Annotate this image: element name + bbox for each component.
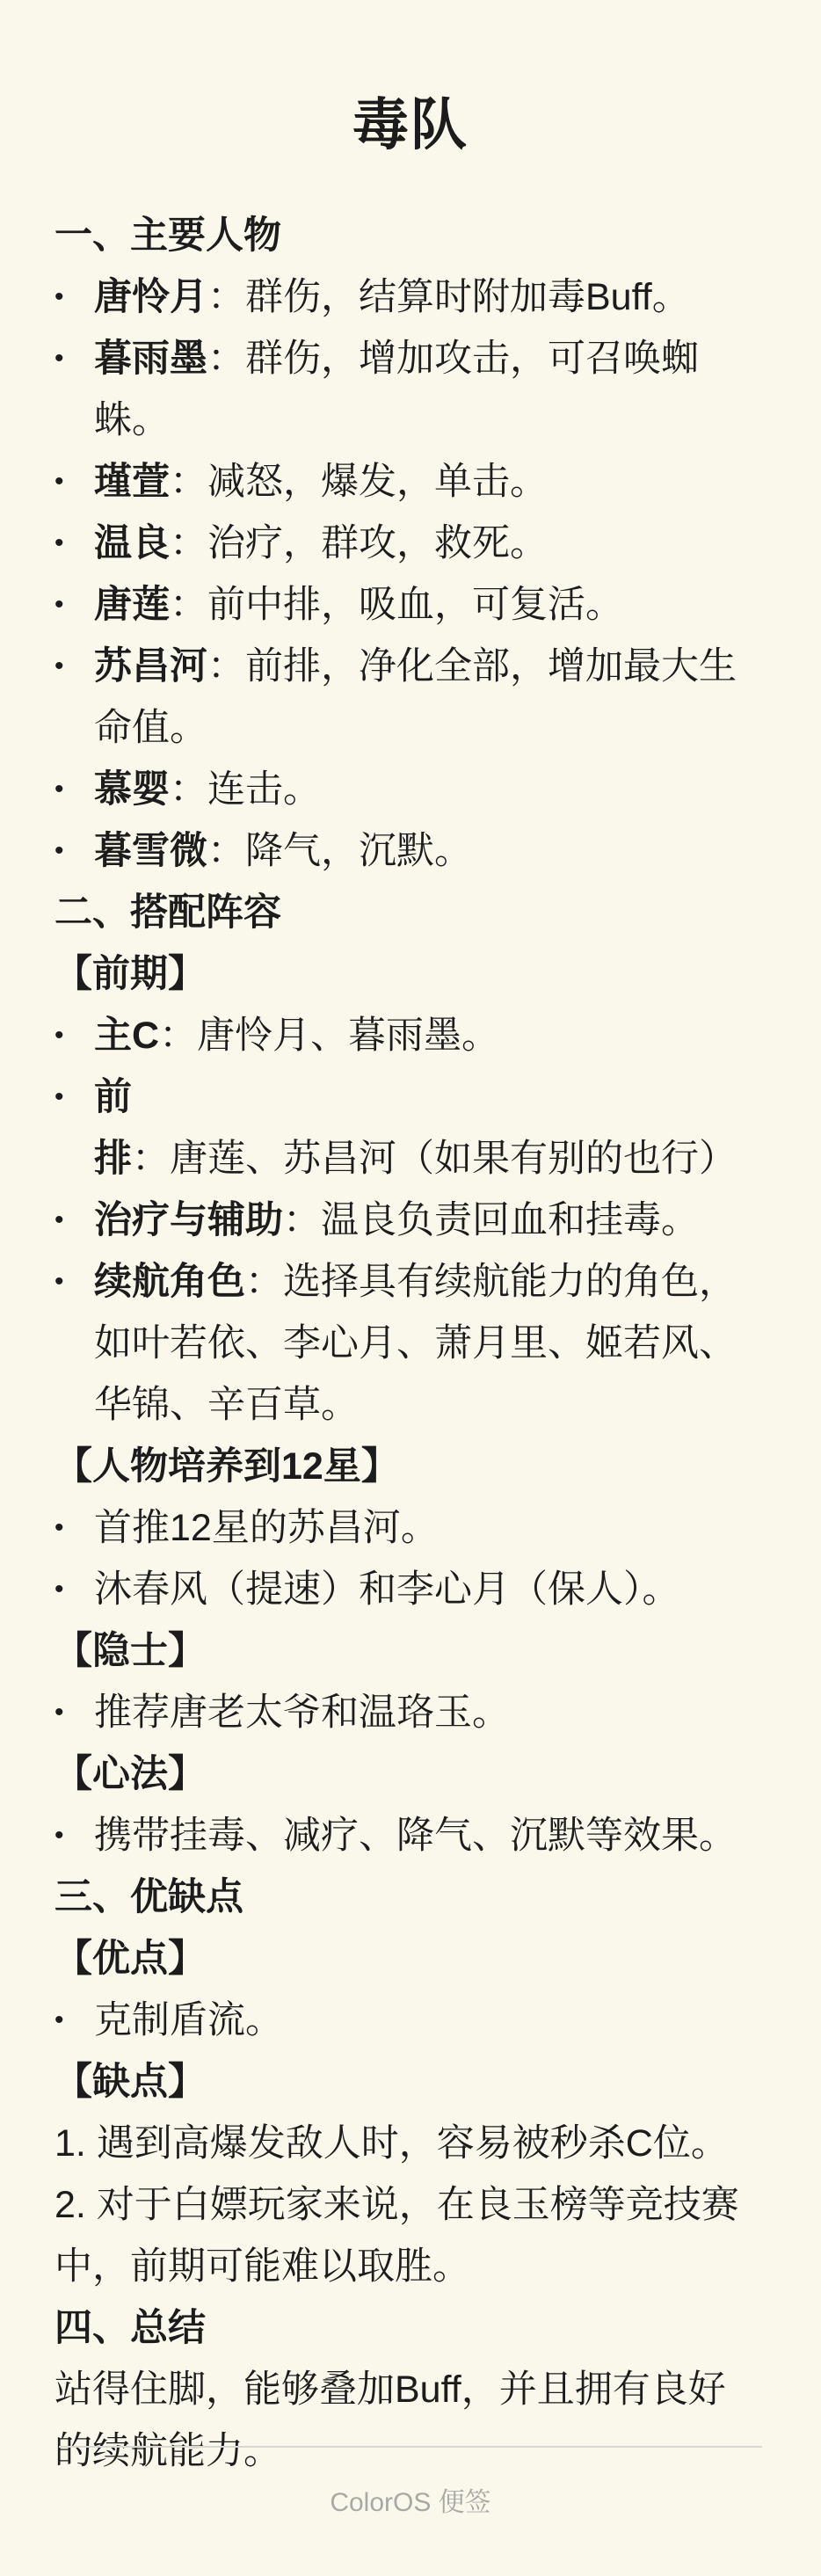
bullet-text: 温良：治疗，群攻，救死。 bbox=[94, 513, 758, 574]
bullet-icon: • bbox=[54, 636, 94, 697]
bullet-item: •推荐唐老太爷和温珞玉。 bbox=[54, 1682, 758, 1743]
section-heading: 四、总结 bbox=[54, 2297, 758, 2359]
bullet-icon: • bbox=[54, 1066, 94, 1128]
sub-section-heading: 【隐士】 bbox=[54, 1620, 758, 1682]
bullet-item: •慕婴：连击。 bbox=[54, 759, 758, 820]
bullet-icon: • bbox=[54, 1190, 94, 1251]
bullet-item: •唐怜月：群伤，结算时附加毒Buff。 bbox=[54, 266, 758, 328]
section-heading: 三、优缺点 bbox=[54, 1867, 758, 1928]
bullet-text: 克制盾流。 bbox=[94, 1990, 758, 2051]
bullet-item: •前排：唐莲、苏昌河（如果有别的也行） bbox=[54, 1066, 758, 1190]
item-number: 1. bbox=[54, 2122, 97, 2165]
bullet-icon: • bbox=[54, 328, 94, 389]
bullet-icon: • bbox=[54, 1990, 94, 2051]
bullet-item: •治疗与辅助：温良负责回血和挂毒。 bbox=[54, 1190, 758, 1251]
bullet-text: 主C：唐怜月、暮雨墨。 bbox=[94, 1005, 758, 1066]
item-label: 主C bbox=[94, 1015, 159, 1057]
bullet-text: 唐怜月：群伤，结算时附加毒Buff。 bbox=[94, 266, 758, 328]
bullet-text: 暮雪微：降气，沉默。 bbox=[94, 820, 758, 882]
bullet-item: •瑾萱：减怒，爆发，单击。 bbox=[54, 451, 758, 513]
bullet-icon: • bbox=[54, 820, 94, 882]
item-label: 温良 bbox=[94, 522, 170, 564]
numbered-item: 1. 遇到高爆发敌人时，容易被秒杀C位。 bbox=[54, 2113, 758, 2174]
bullet-icon: • bbox=[54, 1497, 94, 1559]
item-label: 慕婴 bbox=[94, 768, 170, 811]
note-content[interactable]: 一、主要人物•唐怜月：群伤，结算时附加毒Buff。•暮雨墨：群伤，增加攻击，可召… bbox=[0, 205, 821, 2482]
section-heading: 一、主要人物 bbox=[54, 205, 758, 266]
note-title: 毒队 bbox=[0, 91, 821, 158]
sub-section-heading: 【优点】 bbox=[54, 1928, 758, 1990]
bullet-icon: • bbox=[54, 1682, 94, 1743]
bullet-icon: • bbox=[54, 451, 94, 513]
item-label: 苏昌河 bbox=[94, 645, 207, 688]
bullet-text: 瑾萱：减怒，爆发，单击。 bbox=[94, 451, 758, 513]
bullet-text: 前排：唐莲、苏昌河（如果有别的也行） bbox=[94, 1066, 758, 1190]
bullet-item: •主C：唐怜月、暮雨墨。 bbox=[54, 1005, 758, 1066]
bullet-icon: • bbox=[54, 266, 94, 328]
bullet-text: 沐春风（提速）和李心月（保人）。 bbox=[94, 1559, 758, 1620]
sub-section-heading: 【人物培养到12星】 bbox=[54, 1436, 758, 1497]
note-share-page: { "app": { "name": "ColorOS 便签" }, "note… bbox=[0, 0, 821, 2576]
bullet-text: 首推12星的苏昌河。 bbox=[94, 1497, 758, 1559]
bullet-icon: • bbox=[54, 759, 94, 820]
bullet-item: •沐春风（提速）和李心月（保人）。 bbox=[54, 1559, 758, 1620]
bullet-text: 慕婴：连击。 bbox=[94, 759, 758, 820]
bullet-text: 苏昌河：前排，净化全部，增加最大生命值。 bbox=[94, 636, 758, 759]
item-label: 唐怜月 bbox=[94, 276, 207, 318]
footer-divider bbox=[59, 2446, 762, 2448]
bullet-item: •克制盾流。 bbox=[54, 1990, 758, 2051]
bullet-item: •暮雪微：降气，沉默。 bbox=[54, 820, 758, 882]
sub-section-heading: 【心法】 bbox=[54, 1743, 758, 1805]
bullet-icon: • bbox=[54, 1805, 94, 1867]
item-label: 暮雪微 bbox=[94, 830, 207, 872]
bullet-icon: • bbox=[54, 574, 94, 636]
item-label: 治疗与辅助 bbox=[94, 1199, 283, 1241]
item-label: 前排 bbox=[94, 1076, 132, 1180]
item-label: 唐莲 bbox=[94, 584, 170, 626]
bullet-icon: • bbox=[54, 1005, 94, 1066]
bullet-item: •唐莲：前中排，吸血，可复活。 bbox=[54, 574, 758, 636]
bullet-text: 唐莲：前中排，吸血，可复活。 bbox=[94, 574, 758, 636]
item-label: 暮雨墨 bbox=[94, 338, 207, 380]
bullet-item: •苏昌河：前排，净化全部，增加最大生命值。 bbox=[54, 636, 758, 759]
sub-section-heading: 【缺点】 bbox=[54, 2051, 758, 2113]
bullet-item: •续航角色：选择具有续航能力的角色，如叶若依、李心月、萧月里、姬若风、华锦、辛百… bbox=[54, 1251, 758, 1436]
bullet-text: 推荐唐老太爷和温珞玉。 bbox=[94, 1682, 758, 1743]
section-heading: 二、搭配阵容 bbox=[54, 882, 758, 943]
sub-section-heading: 【前期】 bbox=[54, 943, 758, 1005]
bullet-text: 暮雨墨：群伤，增加攻击，可召唤蜘蛛。 bbox=[94, 328, 758, 451]
bullet-item: •首推12星的苏昌河。 bbox=[54, 1497, 758, 1559]
item-label: 瑾萱 bbox=[94, 461, 170, 503]
bullet-item: •携带挂毒、减疗、降气、沉默等效果。 bbox=[54, 1805, 758, 1867]
bullet-icon: • bbox=[54, 1251, 94, 1313]
numbered-item: 2. 对于白嫖玩家来说，在良玉榜等竞技赛中，前期可能难以取胜。 bbox=[54, 2174, 758, 2297]
item-label: 续航角色 bbox=[94, 1261, 245, 1303]
footer: ColorOS 便签 bbox=[0, 2446, 821, 2518]
bullet-icon: • bbox=[54, 1559, 94, 1620]
app-watermark: ColorOS 便签 bbox=[0, 2488, 821, 2518]
bullet-text: 治疗与辅助：温良负责回血和挂毒。 bbox=[94, 1190, 758, 1251]
bullet-text: 续航角色：选择具有续航能力的角色，如叶若依、李心月、萧月里、姬若风、华锦、辛百草… bbox=[94, 1251, 758, 1436]
item-number: 2. bbox=[54, 2184, 97, 2226]
bullet-item: •温良：治疗，群攻，救死。 bbox=[54, 513, 758, 574]
bullet-text: 携带挂毒、减疗、降气、沉默等效果。 bbox=[94, 1805, 758, 1867]
bullet-item: •暮雨墨：群伤，增加攻击，可召唤蜘蛛。 bbox=[54, 328, 758, 451]
bullet-icon: • bbox=[54, 513, 94, 574]
